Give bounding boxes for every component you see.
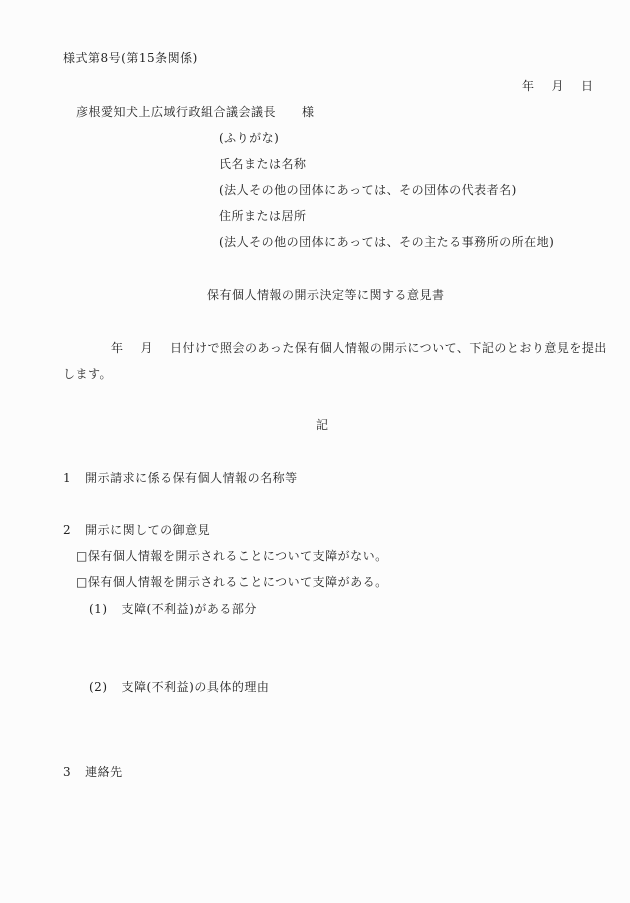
addressee: 彦根愛知犬上広域行政組合議会議長様: [76, 106, 315, 118]
section-1-heading: 開示請求に係る保有個人情報の名称等: [85, 471, 298, 485]
subitem-2-number: (2): [89, 680, 108, 694]
body-text: 日付けで照会のあった保有個人情報の開示について、下記のとおり意見を提出: [170, 341, 607, 355]
date-line: 年月日: [522, 80, 594, 92]
section-1-number: 1: [63, 471, 71, 485]
section-3: 3連絡先: [63, 766, 123, 778]
checkbox-icon[interactable]: □: [76, 575, 88, 589]
name-note: (法人その他の団体にあっては、その団体の代表者名): [219, 184, 517, 196]
date-day: 日: [581, 79, 594, 93]
body-month: 月: [141, 341, 154, 355]
option-label: 保有個人情報を開示されることについて支障がない。: [88, 549, 388, 563]
option-label: 保有個人情報を開示されることについて支障がある。: [88, 575, 388, 589]
body-line-2: します。: [63, 368, 112, 380]
date-year: 年: [522, 79, 535, 93]
furigana-label: (ふりがな): [219, 132, 279, 144]
subitem-1: (1)支障(不利益)がある部分: [89, 603, 257, 615]
form-number: 様式第8号(第15条関係): [63, 52, 198, 64]
section-3-number: 3: [63, 765, 71, 779]
subitem-1-number: (1): [89, 602, 108, 616]
address-label: 住所または居所: [219, 210, 307, 222]
section-3-heading: 連絡先: [85, 765, 123, 779]
body-line-1: 年月日付けで照会のあった保有個人情報の開示について、下記のとおり意見を提出: [111, 342, 607, 354]
subitem-2: (2)支障(不利益)の具体的理由: [89, 681, 269, 693]
option-has-hindrance[interactable]: □保有個人情報を開示されることについて支障がある。: [76, 576, 388, 588]
section-1: 1開示請求に係る保有個人情報の名称等: [63, 472, 298, 484]
body-year: 年: [111, 341, 124, 355]
ki-heading: 記: [316, 419, 329, 431]
subitem-1-label: 支障(不利益)がある部分: [122, 602, 257, 616]
name-label: 氏名または名称: [219, 158, 307, 170]
checkbox-icon[interactable]: □: [76, 549, 88, 563]
addressee-honorific: 様: [302, 105, 315, 119]
document-title: 保有個人情報の開示決定等に関する意見書: [207, 289, 445, 301]
date-month: 月: [552, 79, 565, 93]
subitem-2-label: 支障(不利益)の具体的理由: [122, 680, 270, 694]
section-2-number: 2: [63, 523, 71, 537]
address-note: (法人その他の団体にあっては、その主たる事務所の所在地): [219, 236, 554, 248]
section-2-heading: 開示に関しての御意見: [85, 523, 210, 537]
section-2: 2開示に関しての御意見: [63, 524, 210, 536]
addressee-name: 彦根愛知犬上広域行政組合議会議長: [76, 105, 276, 119]
option-no-hindrance[interactable]: □保有個人情報を開示されることについて支障がない。: [76, 550, 388, 562]
